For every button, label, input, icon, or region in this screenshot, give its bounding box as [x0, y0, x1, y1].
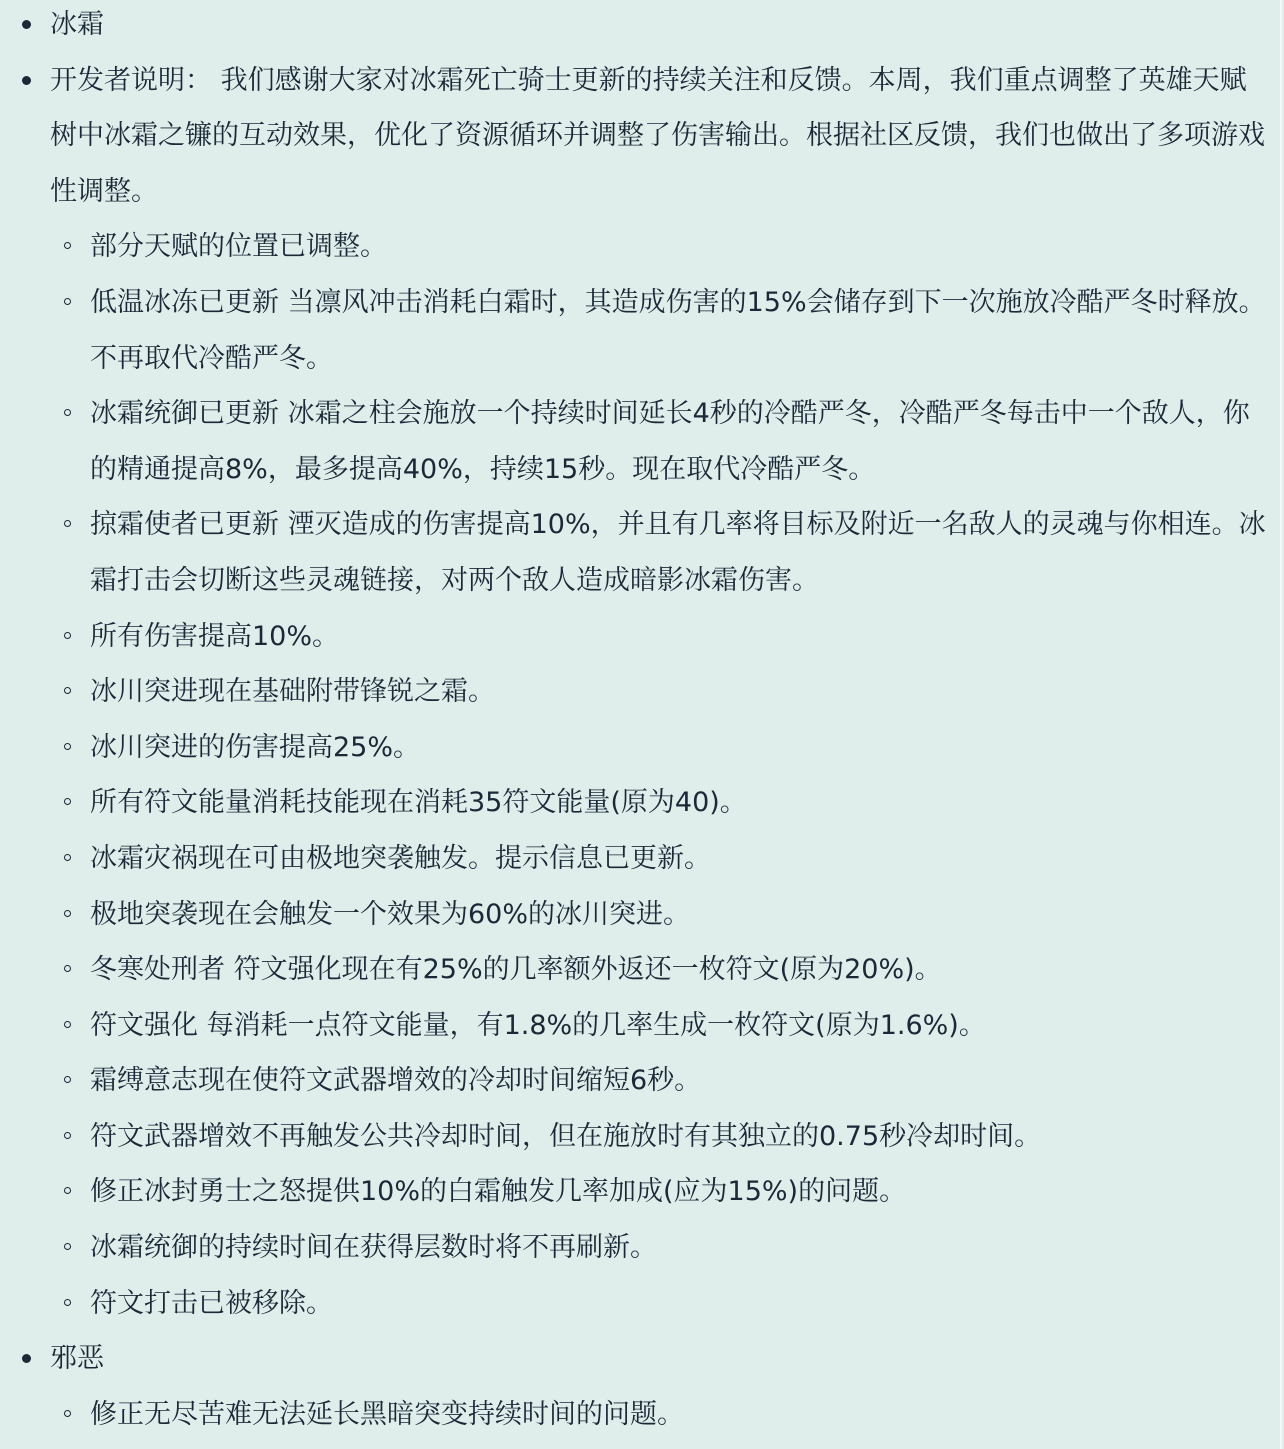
bullet-circle-icon	[64, 1410, 71, 1417]
change-text: 冰川突进现在基础附带锋锐之霜。	[90, 676, 495, 707]
bullet-circle-icon	[64, 1076, 71, 1083]
section-label: 冰霜	[50, 9, 104, 40]
bullet-circle-icon	[64, 798, 71, 805]
section-frost-heading: 冰霜	[0, 0, 1266, 53]
change-text: 所有符文能量消耗技能现在消耗35符文能量(原为40)。	[90, 787, 747, 818]
change-text: 掠霜使者已更新 湮灭造成的伤害提高10%，并且有几率将目标及附近一名敌人的灵魂与…	[90, 509, 1266, 596]
change-text: 符文武器增效不再触发公共冷却时间，但在施放时有其独立的0.75秒冷却时间。	[90, 1121, 1041, 1152]
change-text: 低温冰冻已更新 当凛风冲击消耗白霜时，其造成伤害的15%会储存到下一次施放冷酷严…	[90, 287, 1266, 374]
list-item: 符文武器增效不再触发公共冷却时间，但在施放时有其独立的0.75秒冷却时间。	[50, 1109, 1266, 1165]
developer-notes-text: 开发者说明： 我们感谢大家对冰霜死亡骑士更新的持续关注和反馈。本周，我们重点调整…	[50, 65, 1265, 207]
bullet-circle-icon	[64, 854, 71, 861]
bullet-circle-icon	[64, 687, 71, 694]
change-text: 符文打击已被移除。	[90, 1288, 333, 1319]
change-text: 符文强化 每消耗一点符文能量，有1.8%的几率生成一枚符文(原为1.6%)。	[90, 1010, 986, 1041]
change-text: 修正无尽苦难无法延长黑暗突变持续时间的问题。	[90, 1399, 684, 1430]
bullet-circle-icon	[64, 1132, 71, 1139]
list-item: 所有伤害提高10%。	[50, 609, 1266, 665]
change-text: 修正冰封勇士之怒提供10%的白霜触发几率加成(应为15%)的问题。	[90, 1176, 906, 1207]
section-developer-notes: 开发者说明： 我们感谢大家对冰霜死亡骑士更新的持续关注和反馈。本周，我们重点调整…	[0, 53, 1266, 1332]
bullet-circle-icon	[64, 520, 71, 527]
bullet-circle-icon	[64, 965, 71, 972]
change-text: 霜缚意志现在使符文武器增效的冷却时间缩短6秒。	[90, 1065, 701, 1096]
bullet-circle-icon	[64, 1243, 71, 1250]
section-unholy: 邪恶 修正无尽苦难无法延长黑暗突变持续时间的问题。	[0, 1331, 1266, 1442]
list-item: 修正冰封勇士之怒提供10%的白霜触发几率加成(应为15%)的问题。	[50, 1164, 1266, 1220]
bullet-circle-icon	[64, 1299, 71, 1306]
change-list: 修正无尽苦难无法延长黑暗突变持续时间的问题。	[50, 1387, 1266, 1443]
list-item: 冰霜统御已更新 冰霜之柱会施放一个持续时间延长4秒的冷酷严冬，冷酷严冬每击中一个…	[50, 386, 1266, 497]
bullet-circle-icon	[64, 632, 71, 639]
bullet-circle-icon	[64, 1021, 71, 1028]
list-item: 霜缚意志现在使符文武器增效的冷却时间缩短6秒。	[50, 1053, 1266, 1109]
change-text: 冰霜统御的持续时间在获得层数时将不再刷新。	[90, 1232, 657, 1263]
change-text: 部分天赋的位置已调整。	[90, 231, 387, 262]
bullet-disc-icon	[22, 20, 31, 29]
list-item: 冰霜灾祸现在可由极地突袭触发。提示信息已更新。	[50, 831, 1266, 887]
bullet-disc-icon	[22, 1354, 31, 1363]
list-item: 所有符文能量消耗技能现在消耗35符文能量(原为40)。	[50, 775, 1266, 831]
change-list: 部分天赋的位置已调整。 低温冰冻已更新 当凛风冲击消耗白霜时，其造成伤害的15%…	[50, 219, 1266, 1331]
change-text: 冰川突进的伤害提高25%。	[90, 732, 420, 763]
patch-notes-document: 冰霜 开发者说明： 我们感谢大家对冰霜死亡骑士更新的持续关注和反馈。本周，我们重…	[0, 0, 1266, 1442]
change-text: 冰霜统御已更新 冰霜之柱会施放一个持续时间延长4秒的冷酷严冬，冷酷严冬每击中一个…	[90, 398, 1250, 485]
list-item: 部分天赋的位置已调整。	[50, 219, 1266, 275]
change-text: 所有伤害提高10%。	[90, 621, 339, 652]
list-item: 冬寒处刑者 符文强化现在有25%的几率额外返还一枚符文(原为20%)。	[50, 942, 1266, 998]
change-text: 冬寒处刑者 符文强化现在有25%的几率额外返还一枚符文(原为20%)。	[90, 954, 942, 985]
section-list: 冰霜 开发者说明： 我们感谢大家对冰霜死亡骑士更新的持续关注和反馈。本周，我们重…	[0, 0, 1266, 1442]
list-item: 冰川突进现在基础附带锋锐之霜。	[50, 664, 1266, 720]
list-item: 极地突袭现在会触发一个效果为60%的冰川突进。	[50, 887, 1266, 943]
list-item: 低温冰冻已更新 当凛风冲击消耗白霜时，其造成伤害的15%会储存到下一次施放冷酷严…	[50, 275, 1266, 386]
bullet-circle-icon	[64, 1187, 71, 1194]
list-item: 冰川突进的伤害提高25%。	[50, 720, 1266, 776]
list-item: 冰霜统御的持续时间在获得层数时将不再刷新。	[50, 1220, 1266, 1276]
bullet-circle-icon	[64, 409, 71, 416]
bullet-disc-icon	[22, 76, 31, 85]
list-item: 符文强化 每消耗一点符文能量，有1.8%的几率生成一枚符文(原为1.6%)。	[50, 998, 1266, 1054]
bullet-circle-icon	[64, 743, 71, 750]
scroll-edge-divider	[1280, 0, 1282, 1449]
bullet-circle-icon	[64, 242, 71, 249]
list-item: 修正无尽苦难无法延长黑暗突变持续时间的问题。	[50, 1387, 1266, 1443]
bullet-circle-icon	[64, 910, 71, 917]
change-text: 冰霜灾祸现在可由极地突袭触发。提示信息已更新。	[90, 843, 711, 874]
section-label: 邪恶	[50, 1343, 104, 1374]
list-item: 掠霜使者已更新 湮灭造成的伤害提高10%，并且有几率将目标及附近一名敌人的灵魂与…	[50, 497, 1266, 608]
bullet-circle-icon	[64, 298, 71, 305]
change-text: 极地突袭现在会触发一个效果为60%的冰川突进。	[90, 899, 690, 930]
list-item: 符文打击已被移除。	[50, 1276, 1266, 1332]
